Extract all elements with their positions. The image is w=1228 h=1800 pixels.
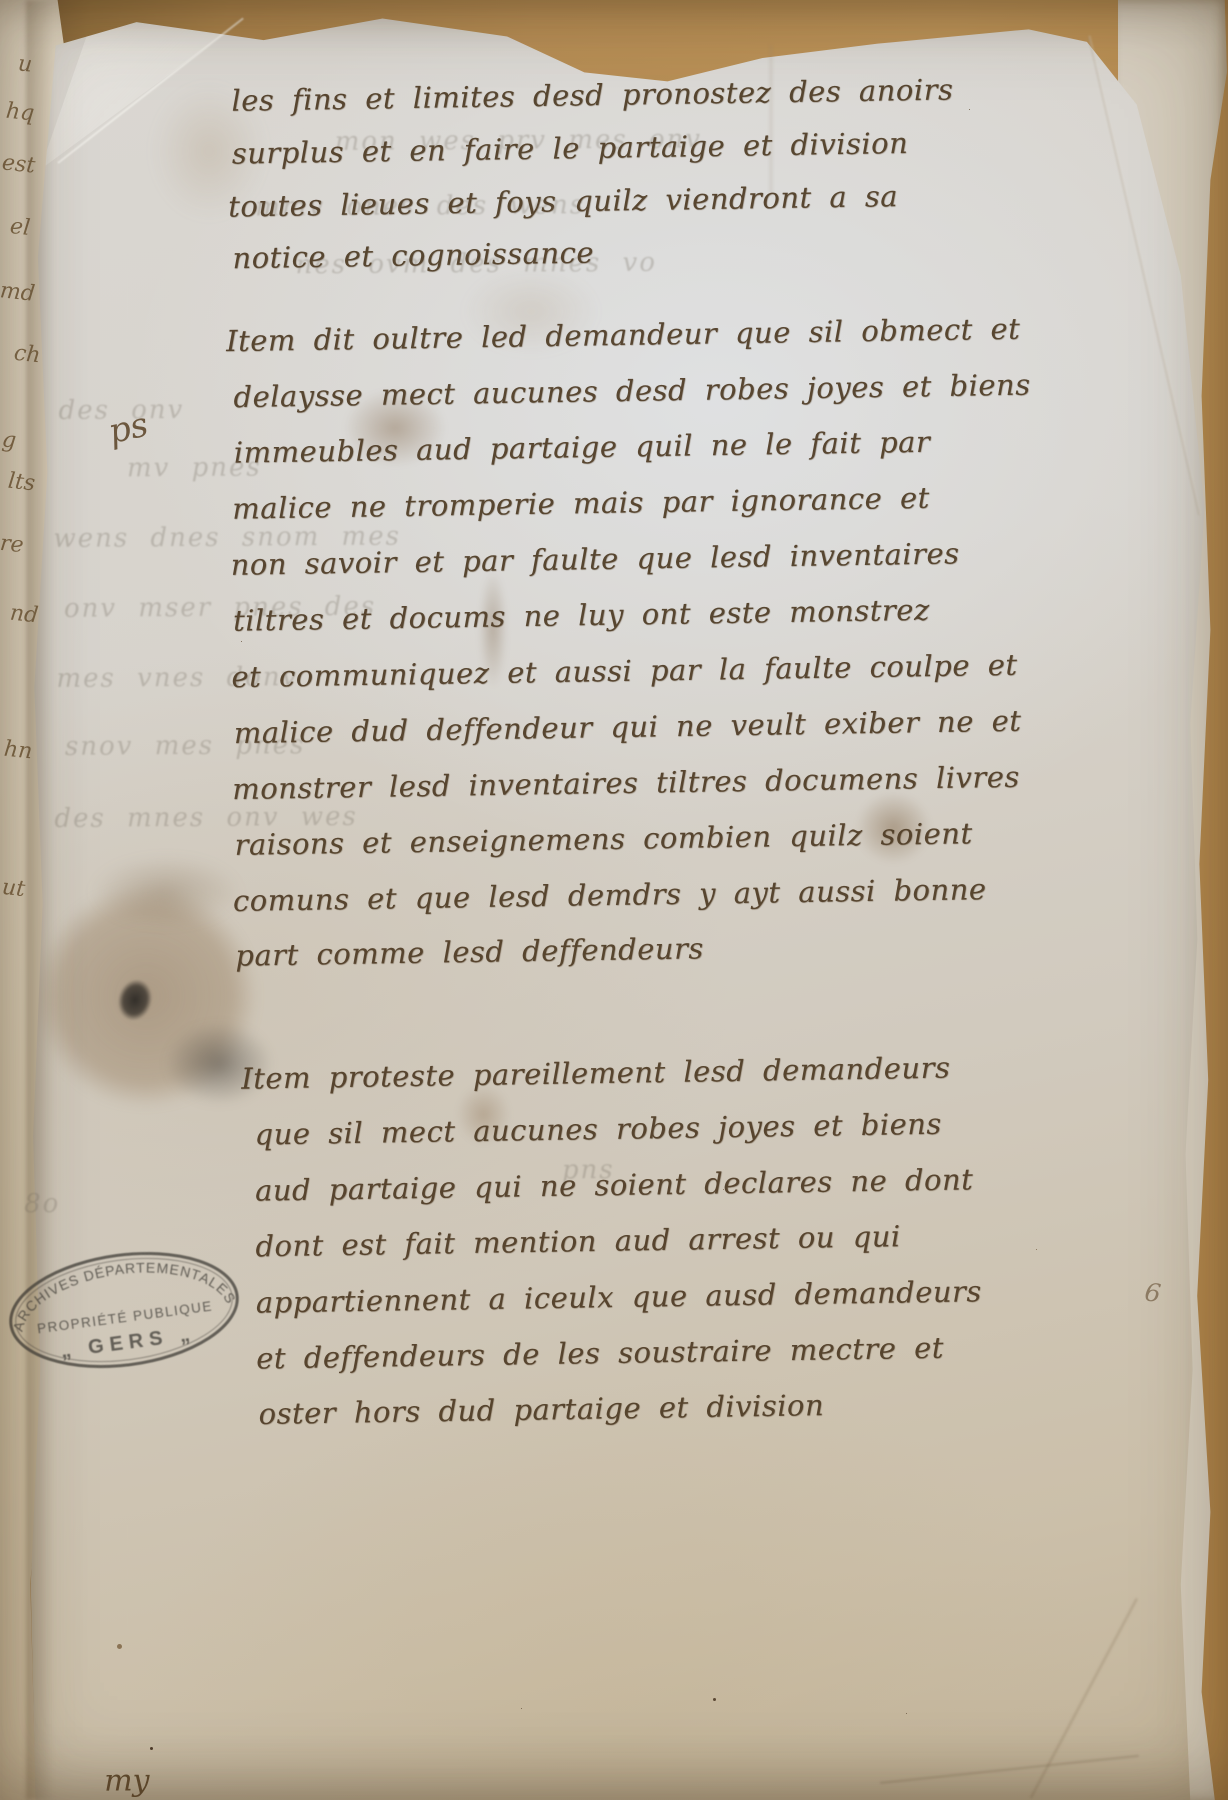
manuscript-line: immeubles aud partaige quil ne le fait p… <box>234 425 931 470</box>
manuscript-line: et communiquez et aussi par la faulte co… <box>231 648 1018 694</box>
manuscript-line: que sil mect aucunes robes joyes et bien… <box>254 1107 942 1152</box>
manuscript-line: aud partaige qui ne soient declares ne d… <box>255 1162 974 1207</box>
manuscript-line: malice ne tromperie mais par ignorance e… <box>232 481 930 526</box>
manuscript-line: part comme lesd deffendeurs <box>235 931 704 972</box>
manuscript-line: delaysse mect aucunes desd robes joyes e… <box>233 368 1031 415</box>
handwriting-layer: mon wes prv mes onv mmv ones des wens ne… <box>0 0 1228 1800</box>
manuscript-line: monstrer lesd inventaires tiltres docume… <box>232 760 1020 806</box>
manuscript-line: malice dud deffendeur qui ne veult exibe… <box>234 704 1022 750</box>
folio-number: 6 <box>1143 1277 1163 1308</box>
manuscript-line: les fins et limites desd pronostez des a… <box>231 72 953 117</box>
manuscript-line: appartiennent a iceulx que ausd demandeu… <box>256 1274 982 1319</box>
manuscript-line: et deffendeurs de les soustraire mectre … <box>256 1331 944 1376</box>
bleedthrough-line: 8o <box>24 1189 60 1219</box>
manuscript-line: notice et cognoissance <box>232 236 594 276</box>
margin-mark: ps <box>105 405 152 452</box>
manuscript-line: Item dit oultre led demandeur que sil ob… <box>226 312 1021 358</box>
manuscript-line: toutes lieues et foys quilz viendront a … <box>228 179 898 224</box>
ink-specks <box>0 0 3 3</box>
quire-mark: my <box>104 1763 150 1798</box>
photo-scene: u hq est el md ch g lts re nd hn ut mon … <box>0 0 1228 1800</box>
manuscript-line: surplus et en faire le partaige et divis… <box>232 126 909 171</box>
manuscript-line: Item proteste pareillement lesd demandeu… <box>241 1051 951 1096</box>
manuscript-line: comuns et que lesd demdrs y ayt aussi bo… <box>233 872 987 918</box>
manuscript-line: oster hors dud partaige et division <box>258 1388 824 1431</box>
manuscript-line: dont est fait mention aud arrest ou qui <box>255 1219 901 1263</box>
